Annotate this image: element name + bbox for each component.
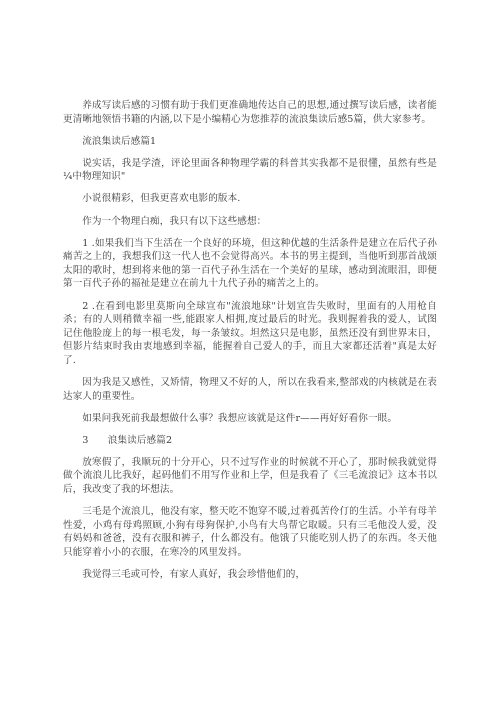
section-2-heading: 3 浪集读后感篇2 <box>63 434 437 448</box>
section-1-para-4-point-1: 1 .如果我们当下生活在一个良好的环境，但这种优越的生活条件是建立在后代子孙痛苦… <box>63 237 437 291</box>
section-2-para-1: 放寒假了，我顺玩的十分开心，只不过写作业的时候就不开心了，那时候我就觉得做个流浪… <box>63 456 437 497</box>
section-2-para-3: 我觉得三毛或可怜，有家人真好，我会珍惜他们的， <box>63 568 437 582</box>
intro-paragraph: 养成写读后感的习惯有助于我们更准确地传达自己的思想,通过撰写读后感，读者能更清晰… <box>63 99 437 126</box>
section-2-para-2: 三毛是个流浪儿，他没有家，整天吃不饱穿不暖,过着孤苦伶仃的生活。小羊有母羊性爱，… <box>63 505 437 559</box>
section-1-para-6: 因为我是又感性，又矫情，物理又不好的人，所以在我看来,整部戏的内核就是在表达家人… <box>63 376 437 403</box>
document-content: 养成写读后感的习惯有助于我们更准确地传达自己的思想,通过撰写读后感，读者能更清晰… <box>63 99 437 590</box>
section-1-heading: 流浪集读后感篇1 <box>63 135 437 149</box>
section-1-para-5-point-2: 2 .在看到电影里莫斯向全球宣布"流浪地球"计划宣告失败时，里面有的人用枪自杀；… <box>63 300 437 368</box>
document-page: 养成写读后感的习惯有助于我们更准确地传达自己的思想,通过撰写读后感，读者能更清晰… <box>0 0 500 707</box>
section-1-para-7: 如果问我死前我最想做什么事？我想应该就是这件r——再好好看你一眼。 <box>63 412 437 426</box>
section-1-para-2: 小说很精彩，但我更喜欢电影的版本. <box>63 192 437 206</box>
section-1-para-1: 说实话，我是学渣，评论里面各种物理学霸的科普其实我都不是很懂，虽然有些是¼中物理… <box>63 157 437 184</box>
section-1-para-3: 作为一个物理白痴，我只有以下这些感想： <box>63 215 437 229</box>
